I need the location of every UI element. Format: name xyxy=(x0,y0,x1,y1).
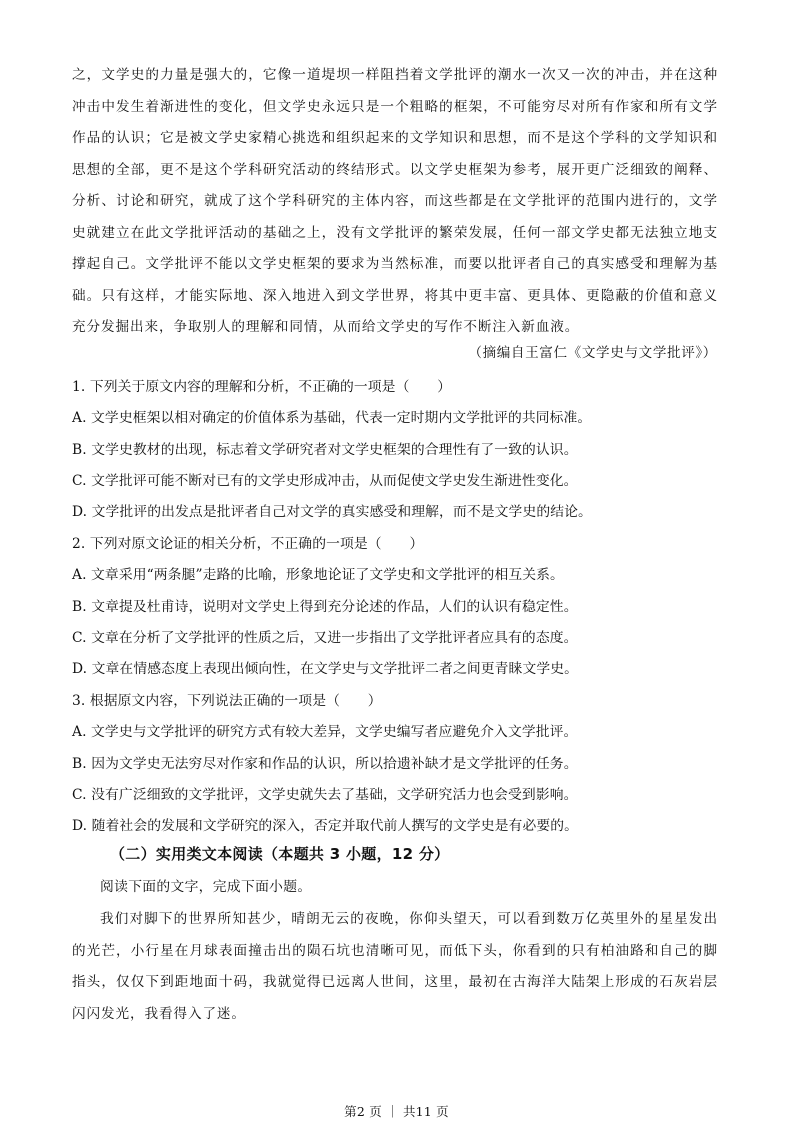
question-stem: 3. 根据原文内容，下列说法正确的一项是（ ） xyxy=(72,686,732,717)
passage-2-text: 我们对脚下的世界所知甚少，晴朗无云的夜晚，你仰头望天，可以看到数万亿英里外的星星… xyxy=(72,911,718,1022)
option-a: A. 文章采用“两条腿”走路的比喻，形象地论证了文学史和文学批评的相互关系。 xyxy=(72,560,732,591)
passage-1-text: 之，文学史的力量是强大的，它像一道堤坝一样阻挡着文学批评的潮水一次又一次的冲击，… xyxy=(72,60,718,344)
section-heading: （二）实用类文本阅读（本题共 3 小题，12 分） xyxy=(110,843,449,864)
option-b: B. 因为文学史无法穷尽对作家和作品的认识，所以拾遗补缺才是文学批评的任务。 xyxy=(72,749,732,780)
option-a: A. 文学史与文学批评的研究方式有较大差异，文学史编写者应避免介入文学批评。 xyxy=(72,717,732,748)
option-d: D. 文学批评的出发点是批评者自己对文学的真实感受和理解，而不是文学史的结论。 xyxy=(72,497,732,528)
question-3: 3. 根据原文内容，下列说法正确的一项是（ ） A. 文学史与文学批评的研究方式… xyxy=(72,686,732,842)
option-b: B. 文学史教材的出现，标志着文学研究者对文学史框架的合理性有了一致的认识。 xyxy=(72,435,732,466)
question-stem: 2. 下列对原文论证的相关分析，不正确的一项是（ ） xyxy=(72,529,732,560)
option-c: C. 文学批评可能不断对已有的文学史形成冲击，从而促使文学史发生渐进性变化。 xyxy=(72,466,732,497)
question-1: 1. 下列关于原文内容的理解和分析，不正确的一项是（ ） A. 文学史框架以相对… xyxy=(72,372,732,528)
option-c: C. 没有广泛细致的文学批评，文学史就失去了基础，文学研究活力也会受到影响。 xyxy=(72,780,732,811)
question-2: 2. 下列对原文论证的相关分析，不正确的一项是（ ） A. 文章采用“两条腿”走… xyxy=(72,529,732,685)
exam-page: 之，文学史的力量是强大的，它像一道堤坝一样阻挡着文学批评的潮水一次又一次的冲击，… xyxy=(0,0,793,1122)
reading-passage-2: 我们对脚下的世界所知甚少，晴朗无云的夜晚，你仰头望天，可以看到数万亿英里外的星星… xyxy=(72,904,718,1030)
option-c: C. 文章在分析了文学批评的性质之后，又进一步指出了文学批评者应具有的态度。 xyxy=(72,623,732,654)
section-instruction: 阅读下面的文字，完成下面小题。 xyxy=(100,875,311,895)
option-b: B. 文章提及杜甫诗，说明对文学史上得到充分论述的作品，人们的认识有稳定性。 xyxy=(72,592,732,623)
option-a: A. 文学史框架以相对确定的价值体系为基础，代表一定时期内文学批评的共同标准。 xyxy=(72,403,732,434)
page-footer: 第2 页 ｜ 共11 页 xyxy=(0,1102,793,1120)
reading-passage-1: 之，文学史的力量是强大的，它像一道堤坝一样阻挡着文学批评的潮水一次又一次的冲击，… xyxy=(72,60,718,344)
question-stem: 1. 下列关于原文内容的理解和分析，不正确的一项是（ ） xyxy=(72,372,732,403)
passage-source-citation: （摘编自王富仁《文学史与文学批评》） xyxy=(468,341,717,361)
option-d: D. 文章在情感态度上表现出倾向性，在文学史与文学批评二者之间更青睐文学史。 xyxy=(72,654,732,685)
option-d: D. 随着社会的发展和文学研究的深入，否定并取代前人撰写的文学史是有必要的。 xyxy=(72,811,732,842)
